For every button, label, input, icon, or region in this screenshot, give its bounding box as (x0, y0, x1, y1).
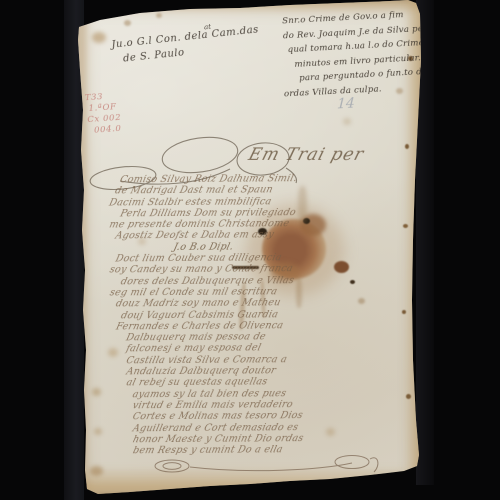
edge-speck (402, 310, 406, 314)
closing-rubric-flourish (130, 452, 390, 478)
manuscript-line: de Madrigal Dast mal et Spaun (114, 185, 303, 198)
edge-speck (405, 144, 409, 149)
foxing-spot (90, 466, 103, 476)
manuscript-line: Aguillerand e Cort demasiado es (131, 422, 304, 435)
manuscript-line: soy Candey su mano y Conde franca (108, 264, 303, 277)
manuscript-line: Cortes e Molinas mas tesoro Dios (131, 411, 304, 424)
foxing-spot (326, 428, 335, 436)
pencil-page-number: 14 (337, 96, 356, 113)
foxing-spot (124, 20, 131, 26)
ink-blot (350, 280, 355, 284)
foxing-spot (94, 428, 102, 435)
manuscript-line: falconesj e may esposa del (125, 343, 304, 356)
top-left-note-superscript: at (204, 23, 212, 32)
manuscript-line: douz Madriz soy mano e Matheu (115, 298, 304, 311)
small-stain (334, 261, 349, 273)
foxing-spot (92, 32, 106, 43)
manuscript-body: Comiso Silvay Roiz Dalhuma Simil. de Mad… (109, 173, 303, 457)
edge-speck (406, 394, 411, 399)
edge-speck (403, 224, 408, 228)
document-heading: Em Trai per (246, 145, 366, 165)
foxing-spot (343, 118, 351, 125)
foxing-spot (358, 298, 365, 304)
foxing-spot (156, 13, 162, 18)
manuscript-photo: { "document": { "page_number_pencil": "1… (0, 0, 500, 500)
manuscript-line: al rebej su questas aquellas (125, 377, 304, 390)
foxing-spot (92, 388, 101, 396)
